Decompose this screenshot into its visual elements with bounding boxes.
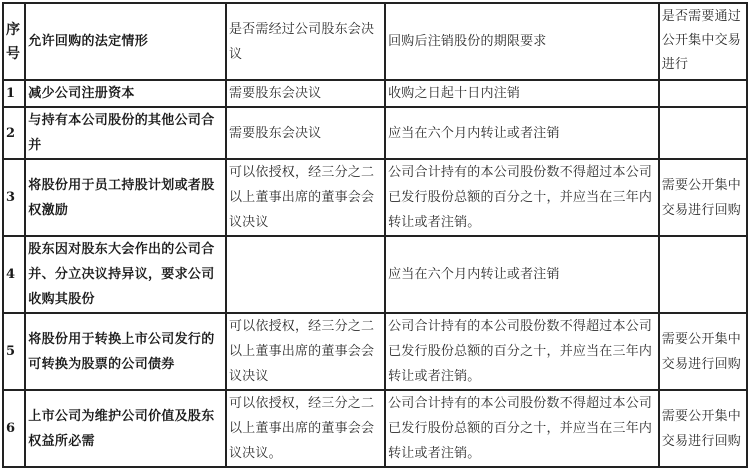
deadline-cell: 应当在六个月内转让或者注销: [385, 236, 659, 313]
approval-cell: 可以依授权，经三分之二以上董事出席的董事会会议决议: [226, 313, 385, 390]
approval-cell: 需要股东会决议: [226, 107, 385, 159]
header-no: 序号: [3, 3, 25, 80]
table-row: 3 将股份用于员工持股计划或者股权激励 可以依授权，经三分之二以上董事出席的董事…: [3, 159, 747, 236]
legal-case-cell: 股东因对股东大会作出的公司合并、分立决议持异议，要求公司收购其股份: [25, 236, 226, 313]
row-number: 3: [3, 159, 25, 236]
header-open-exchange: 是否需要通过公开集中交易进行: [659, 3, 747, 80]
header-legal-case: 允许回购的法定情形: [25, 3, 226, 80]
share-repurchase-table: 序号 允许回购的法定情形 是否需经过公司股东会决议 回购后注销股份的期限要求 是…: [2, 2, 748, 468]
table-row: 4 股东因对股东大会作出的公司合并、分立决议持异议，要求公司收购其股份 应当在六…: [3, 236, 747, 313]
approval-cell: [226, 236, 385, 313]
exchange-cell: [659, 107, 747, 159]
legal-case-cell: 将股份用于转换上市公司发行的可转换为股票的公司债券: [25, 313, 226, 390]
exchange-cell: 需要公开集中交易进行回购: [659, 313, 747, 390]
table-header-row: 序号 允许回购的法定情形 是否需经过公司股东会决议 回购后注销股份的期限要求 是…: [3, 3, 747, 80]
exchange-cell: [659, 236, 747, 313]
deadline-cell: 公司合计持有的本公司股份数不得超过本公司已发行股份总额的百分之十，并应当在三年内…: [385, 313, 659, 390]
approval-cell: 可以依授权，经三分之二以上董事出席的董事会会议决议。: [226, 390, 385, 467]
deadline-cell: 公司合计持有的本公司股份数不得超过本公司已发行股份总额的百分之十，并应当在三年内…: [385, 390, 659, 467]
header-cancellation-deadline: 回购后注销股份的期限要求: [385, 3, 659, 80]
table-row: 1 减少公司注册资本 需要股东会决议 收购之日起十日内注销: [3, 80, 747, 107]
table-row: 6 上市公司为维护公司价值及股东权益所必需 可以依授权，经三分之二以上董事出席的…: [3, 390, 747, 467]
deadline-cell: 公司合计持有的本公司股份数不得超过本公司已发行股份总额的百分之十，并应当在三年内…: [385, 159, 659, 236]
legal-case-cell: 减少公司注册资本: [25, 80, 226, 107]
legal-case-cell: 将股份用于员工持股计划或者股权激励: [25, 159, 226, 236]
deadline-cell: 应当在六个月内转让或者注销: [385, 107, 659, 159]
row-number: 2: [3, 107, 25, 159]
exchange-cell: 需要公开集中交易进行回购: [659, 159, 747, 236]
exchange-cell: [659, 80, 747, 107]
exchange-cell: 需要公开集中交易进行回购: [659, 390, 747, 467]
table-row: 5 将股份用于转换上市公司发行的可转换为股票的公司债券 可以依授权，经三分之二以…: [3, 313, 747, 390]
legal-case-cell: 与持有本公司股份的其他公司合并: [25, 107, 226, 159]
legal-case-cell: 上市公司为维护公司价值及股东权益所必需: [25, 390, 226, 467]
approval-cell: 可以依授权，经三分之二以上董事出席的董事会会议决议: [226, 159, 385, 236]
table-row: 2 与持有本公司股份的其他公司合并 需要股东会决议 应当在六个月内转让或者注销: [3, 107, 747, 159]
row-number: 1: [3, 80, 25, 107]
row-number: 6: [3, 390, 25, 467]
header-shareholder-approval: 是否需经过公司股东会决议: [226, 3, 385, 80]
row-number: 5: [3, 313, 25, 390]
deadline-cell: 收购之日起十日内注销: [385, 80, 659, 107]
approval-cell: 需要股东会决议: [226, 80, 385, 107]
row-number: 4: [3, 236, 25, 313]
